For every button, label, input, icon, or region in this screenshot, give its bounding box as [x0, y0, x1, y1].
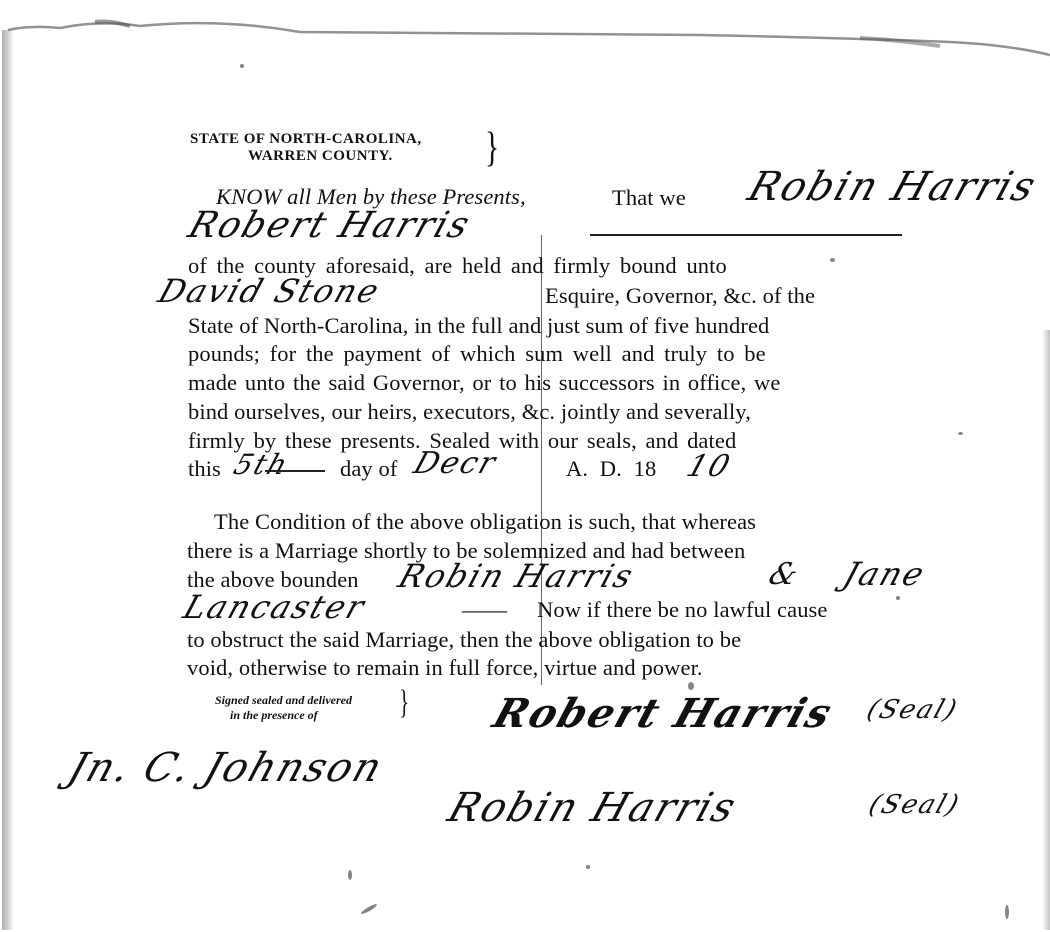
scan-speck [688, 682, 694, 690]
scan-speck [360, 903, 378, 915]
body-line-5: made unto the said Governor, or to his s… [188, 370, 780, 396]
condition-line-6: void, otherwise to remain in full force,… [187, 655, 703, 681]
body-line-6: bind ourselves, our heirs, executors, &c… [188, 399, 751, 425]
paper-left-edge [2, 30, 14, 930]
seal-mark-2: (Seal) [865, 790, 964, 820]
handwritten-principal-name: Robin Harris [743, 164, 1043, 210]
witness-brace: } [399, 684, 409, 722]
header-brace: } [485, 124, 499, 172]
condition-line-4: Now if there be no lawful cause [537, 597, 828, 623]
body-line-3: State of North-Carolina, in the full and… [188, 313, 769, 339]
body-line-4: pounds; for the payment of which sum wel… [188, 341, 766, 367]
scan-speck [958, 432, 963, 435]
day-underline [265, 470, 325, 472]
witness-label-line-2: in the presence of [230, 708, 318, 723]
scan-speck [830, 258, 835, 262]
witness-label-line-1: Signed sealed and delivered [215, 693, 352, 708]
header-state: STATE OF NORTH-CAROLINA, [190, 131, 422, 148]
handwritten-bride-first-name: Jane [839, 555, 931, 593]
condition-dash: —— [462, 597, 507, 623]
scanned-document-page: STATE OF NORTH-CAROLINA, WARREN COUNTY. … [0, 0, 1050, 932]
condition-line-1: The Condition of the above obligation is… [214, 509, 756, 535]
paper-right-edge [1042, 330, 1050, 930]
handwritten-witness-signature: Jn. C. Johnson [63, 745, 390, 791]
scan-speck [896, 596, 900, 600]
header-county: WARREN COUNTY. [248, 148, 393, 165]
scan-speck [348, 870, 352, 880]
scan-speck [586, 865, 590, 869]
date-day-of: day of [340, 456, 397, 482]
blank-line-underline [590, 234, 902, 236]
handwritten-day: 5th [230, 448, 294, 481]
handwritten-governor-name: David Stone [154, 272, 386, 310]
signature-robin-harris: Robin Harris [443, 785, 743, 831]
paper-top-edge [0, 0, 1050, 60]
handwritten-groom-name: Robin Harris [394, 557, 639, 595]
preamble-that-we: That we [612, 185, 686, 211]
handwritten-bride-last-name: Lancaster [179, 588, 371, 626]
scan-speck [1005, 905, 1009, 919]
signature-robert-harris: Robert Harris [487, 690, 839, 737]
handwritten-surety-name: Robert Harris [183, 205, 476, 246]
handwritten-month: Decr [409, 446, 501, 481]
seal-mark-1: (Seal) [863, 695, 962, 725]
date-anno-domini: A. D. 18 [566, 456, 656, 482]
handwritten-year: 10 [682, 449, 736, 484]
condition-line-5: to obstruct the said Marriage, then the … [187, 627, 741, 653]
handwritten-ampersand: & [764, 557, 804, 592]
scan-speck [240, 64, 244, 68]
date-this: this [188, 456, 221, 482]
body-line-2: Esquire, Governor, &c. of the [545, 283, 815, 309]
